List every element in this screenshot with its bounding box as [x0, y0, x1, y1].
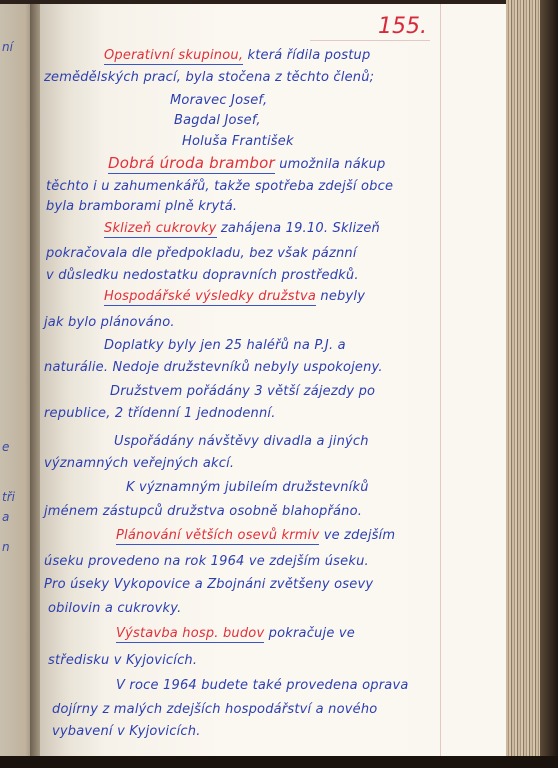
text-line: Holuša František — [182, 134, 294, 149]
text-line: zemědělských prací, byla stočena z těcht… — [44, 70, 374, 85]
bottom-shadow — [0, 756, 558, 768]
text-line: jménem zástupců družstva osobně blahopřá… — [44, 504, 362, 519]
text-line: dojírny z malých zdejších hospodářství a… — [52, 702, 377, 717]
text-line: obilovin a cukrovky. — [48, 601, 181, 616]
text-line: naturálie. Nedoje družstevníků nebyly us… — [44, 360, 383, 375]
text-line: V roce 1964 budete také provedena oprava — [116, 678, 409, 693]
section-heading: Plánování větších osevů krmiv — [116, 528, 319, 545]
text-line: Sklizeň cukrovky zahájena 19.10. Sklizeň — [104, 221, 380, 236]
prev-page-fragment: n — [2, 540, 10, 554]
margin-line — [440, 4, 441, 756]
prev-page-fragment: e — [2, 440, 9, 454]
text-line: Dobrá úroda brambor umožnila nákup — [108, 154, 385, 172]
text-line: Moravec Josef, — [170, 93, 267, 108]
text-line: jak bylo plánováno. — [44, 315, 175, 330]
page-stack-edge — [506, 0, 558, 768]
page-number: 155. — [378, 14, 427, 39]
text-line: Plánování větších osevů krmiv ve zdejším — [116, 528, 395, 543]
text-line: Hospodářské výsledky družstva nebyly — [104, 289, 365, 304]
prev-page-fragment: tři — [2, 490, 15, 504]
text-line: těchto i u zahumenkářů, takže spotřeba z… — [46, 179, 393, 194]
text-line: Uspořádány návštěvy divadla a jiných — [114, 434, 369, 449]
text-line: Bagdal Josef, — [174, 113, 261, 128]
text-line: v důsledku nedostatku dopravních prostře… — [46, 268, 359, 283]
text-line: Operativní skupinou, která řídila postup — [104, 48, 370, 63]
text-line: úseku provedeno na rok 1964 ve zdejším ú… — [44, 554, 369, 569]
text-line: byla bramborami plně krytá. — [46, 199, 237, 214]
section-heading: Hospodářské výsledky družstva — [104, 289, 316, 306]
section-heading: Operativní skupinou, — [104, 48, 243, 65]
text-line: Pro úseky Vykopovice a Zbojnáni zvětšeny… — [44, 577, 373, 592]
section-heading: Dobrá úroda brambor — [108, 154, 275, 174]
text-line: významných veřejných akcí. — [44, 456, 234, 471]
header-rule — [310, 40, 430, 41]
text-line: republice, 2 třídenní 1 jednodenní. — [44, 406, 276, 421]
text-line: K významným jubileím družstevníků — [126, 480, 369, 495]
book-scan: ní e tři a n 155. Operativní skupinou, k… — [0, 0, 558, 768]
section-heading: Sklizeň cukrovky — [104, 221, 217, 238]
text-line: Doplatky byly jen 25 haléřů na P.J. a — [104, 338, 346, 353]
text-line: Družstvem pořádány 3 větší zájezdy po — [110, 384, 375, 399]
prev-page-fragment: ní — [2, 40, 13, 54]
prev-page-fragment: a — [2, 510, 9, 524]
text-line: středisku v Kyjovicích. — [48, 653, 197, 668]
text-line: Výstavba hosp. budov pokračuje ve — [116, 626, 355, 641]
section-heading: Výstavba hosp. budov — [116, 626, 264, 643]
text-line: pokračovala dle předpokladu, bez však pá… — [46, 246, 357, 261]
text-line: vybavení v Kyjovicích. — [52, 724, 201, 739]
